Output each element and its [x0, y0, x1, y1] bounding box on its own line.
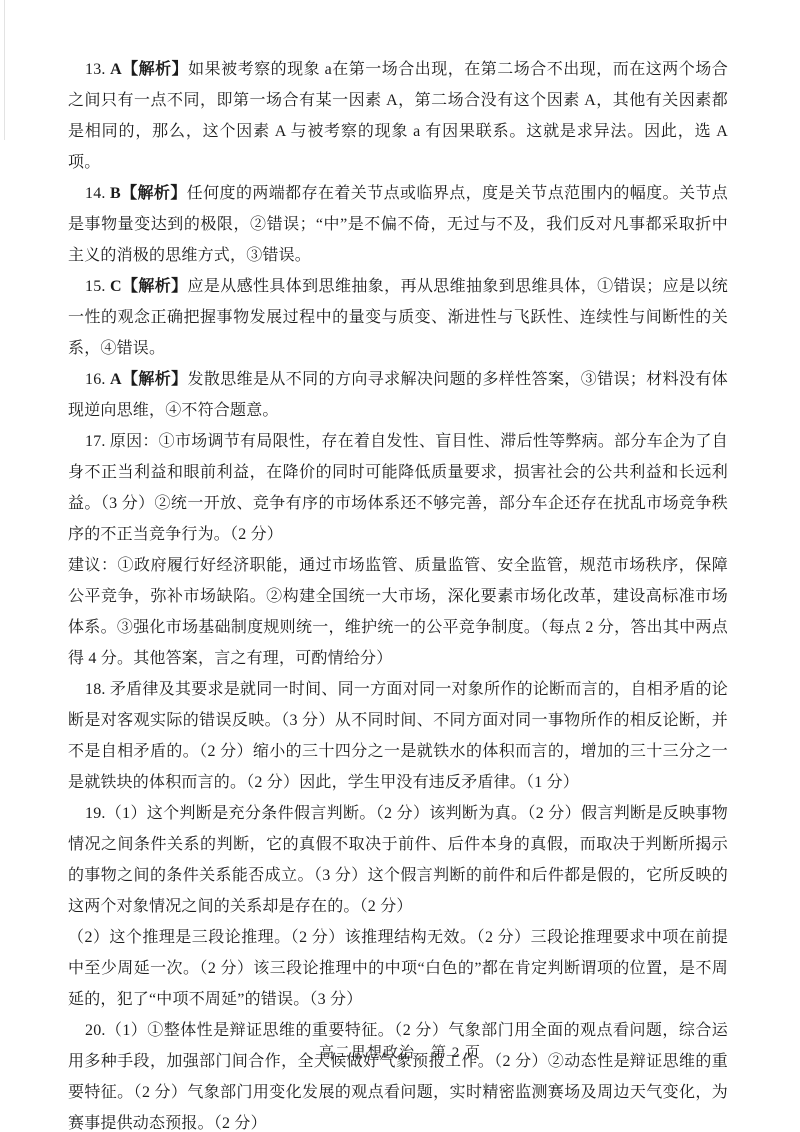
answer-number: 18. — [85, 681, 110, 698]
answer-letter-label: A【解析】 — [110, 61, 188, 78]
answer-item-19-part1: 19.（1）这个判断是充分条件假言判断。（2 分）该判断为真。（2 分）假言判断… — [68, 798, 728, 922]
answer-number: 20. — [85, 1022, 106, 1039]
answer-number: 15. — [85, 278, 110, 295]
answer-number: 13. — [85, 61, 110, 78]
answer-text: （2）这个推理是三段论推理。（2 分）该推理结构无效。（2 分）三段论推理要求中… — [68, 929, 728, 1008]
answer-text: （1）①整体性是辩证思维的重要特征。（2 分）气象部门用全面的观点看问题，综合运… — [68, 1022, 728, 1132]
answer-item-19-part2: （2）这个推理是三段论推理。（2 分）该推理结构无效。（2 分）三段论推理要求中… — [68, 922, 728, 1015]
answer-item-17-reasons: 17. 原因：①市场调节有局限性，存在着自发性、盲目性、滞后性等弊病。部分车企为… — [68, 426, 728, 550]
answer-item-16: 16. A【解析】发散思维是从不同的方向寻求解决问题的多样性答案，③错误；材料没… — [68, 364, 728, 426]
answer-item-15: 15. C【解析】应是从感性具体到思维抽象，再从思维抽象到思维具体，①错误；应是… — [68, 271, 728, 364]
answer-number: 17. — [85, 433, 110, 450]
answer-letter-label: C【解析】 — [110, 278, 187, 295]
answer-text: 建议：①政府履行好经济职能，通过市场监管、质量监管、安全监管，规范市场秩序，保障… — [68, 557, 728, 667]
answer-item-13: 13. A【解析】如果被考察的现象 a在第一场合出现，在第二场合不出现，而在这两… — [68, 54, 728, 178]
scan-edge-artifact — [4, 0, 5, 140]
answer-key-page: 13. A【解析】如果被考察的现象 a在第一场合出现，在第二场合不出现，而在这两… — [0, 0, 800, 1132]
footer-course-title: 高二思想政治 — [319, 1045, 415, 1061]
answer-text: （1）这个判断是充分条件假言判断。（2 分）该判断为真。（2 分）假言判断是反映… — [68, 805, 728, 915]
answer-item-18: 18. 矛盾律及其要求是就同一时间、同一方面对同一对象所作的论断而言的，自相矛盾… — [68, 674, 728, 798]
page-footer: 高二思想政治第 2 页 — [0, 1041, 800, 1062]
answer-item-17-suggestions: 建议：①政府履行好经济职能，通过市场监管、质量监管、安全监管，规范市场秩序，保障… — [68, 550, 728, 674]
answer-number: 16. — [85, 371, 110, 388]
answer-number: 19. — [85, 805, 106, 822]
footer-page-number: 第 2 页 — [431, 1045, 481, 1061]
answer-letter-label: B【解析】 — [110, 185, 187, 202]
answer-text: 矛盾律及其要求是就同一时间、同一方面对同一对象所作的论断而言的，自相矛盾的论断是… — [68, 681, 728, 791]
answer-item-14: 14. B【解析】任何度的两端都存在着关节点或临界点，度是关节点范围内的幅度。关… — [68, 178, 728, 271]
answer-letter-label: A【解析】 — [110, 371, 187, 388]
answer-text: 原因：①市场调节有局限性，存在着自发性、盲目性、滞后性等弊病。部分车企为了自身不… — [68, 433, 728, 543]
answer-item-20: 20.（1）①整体性是辩证思维的重要特征。（2 分）气象部门用全面的观点看问题，… — [68, 1015, 728, 1132]
answers-body: 13. A【解析】如果被考察的现象 a在第一场合出现，在第二场合不出现，而在这两… — [68, 54, 728, 1132]
answer-number: 14. — [85, 185, 110, 202]
